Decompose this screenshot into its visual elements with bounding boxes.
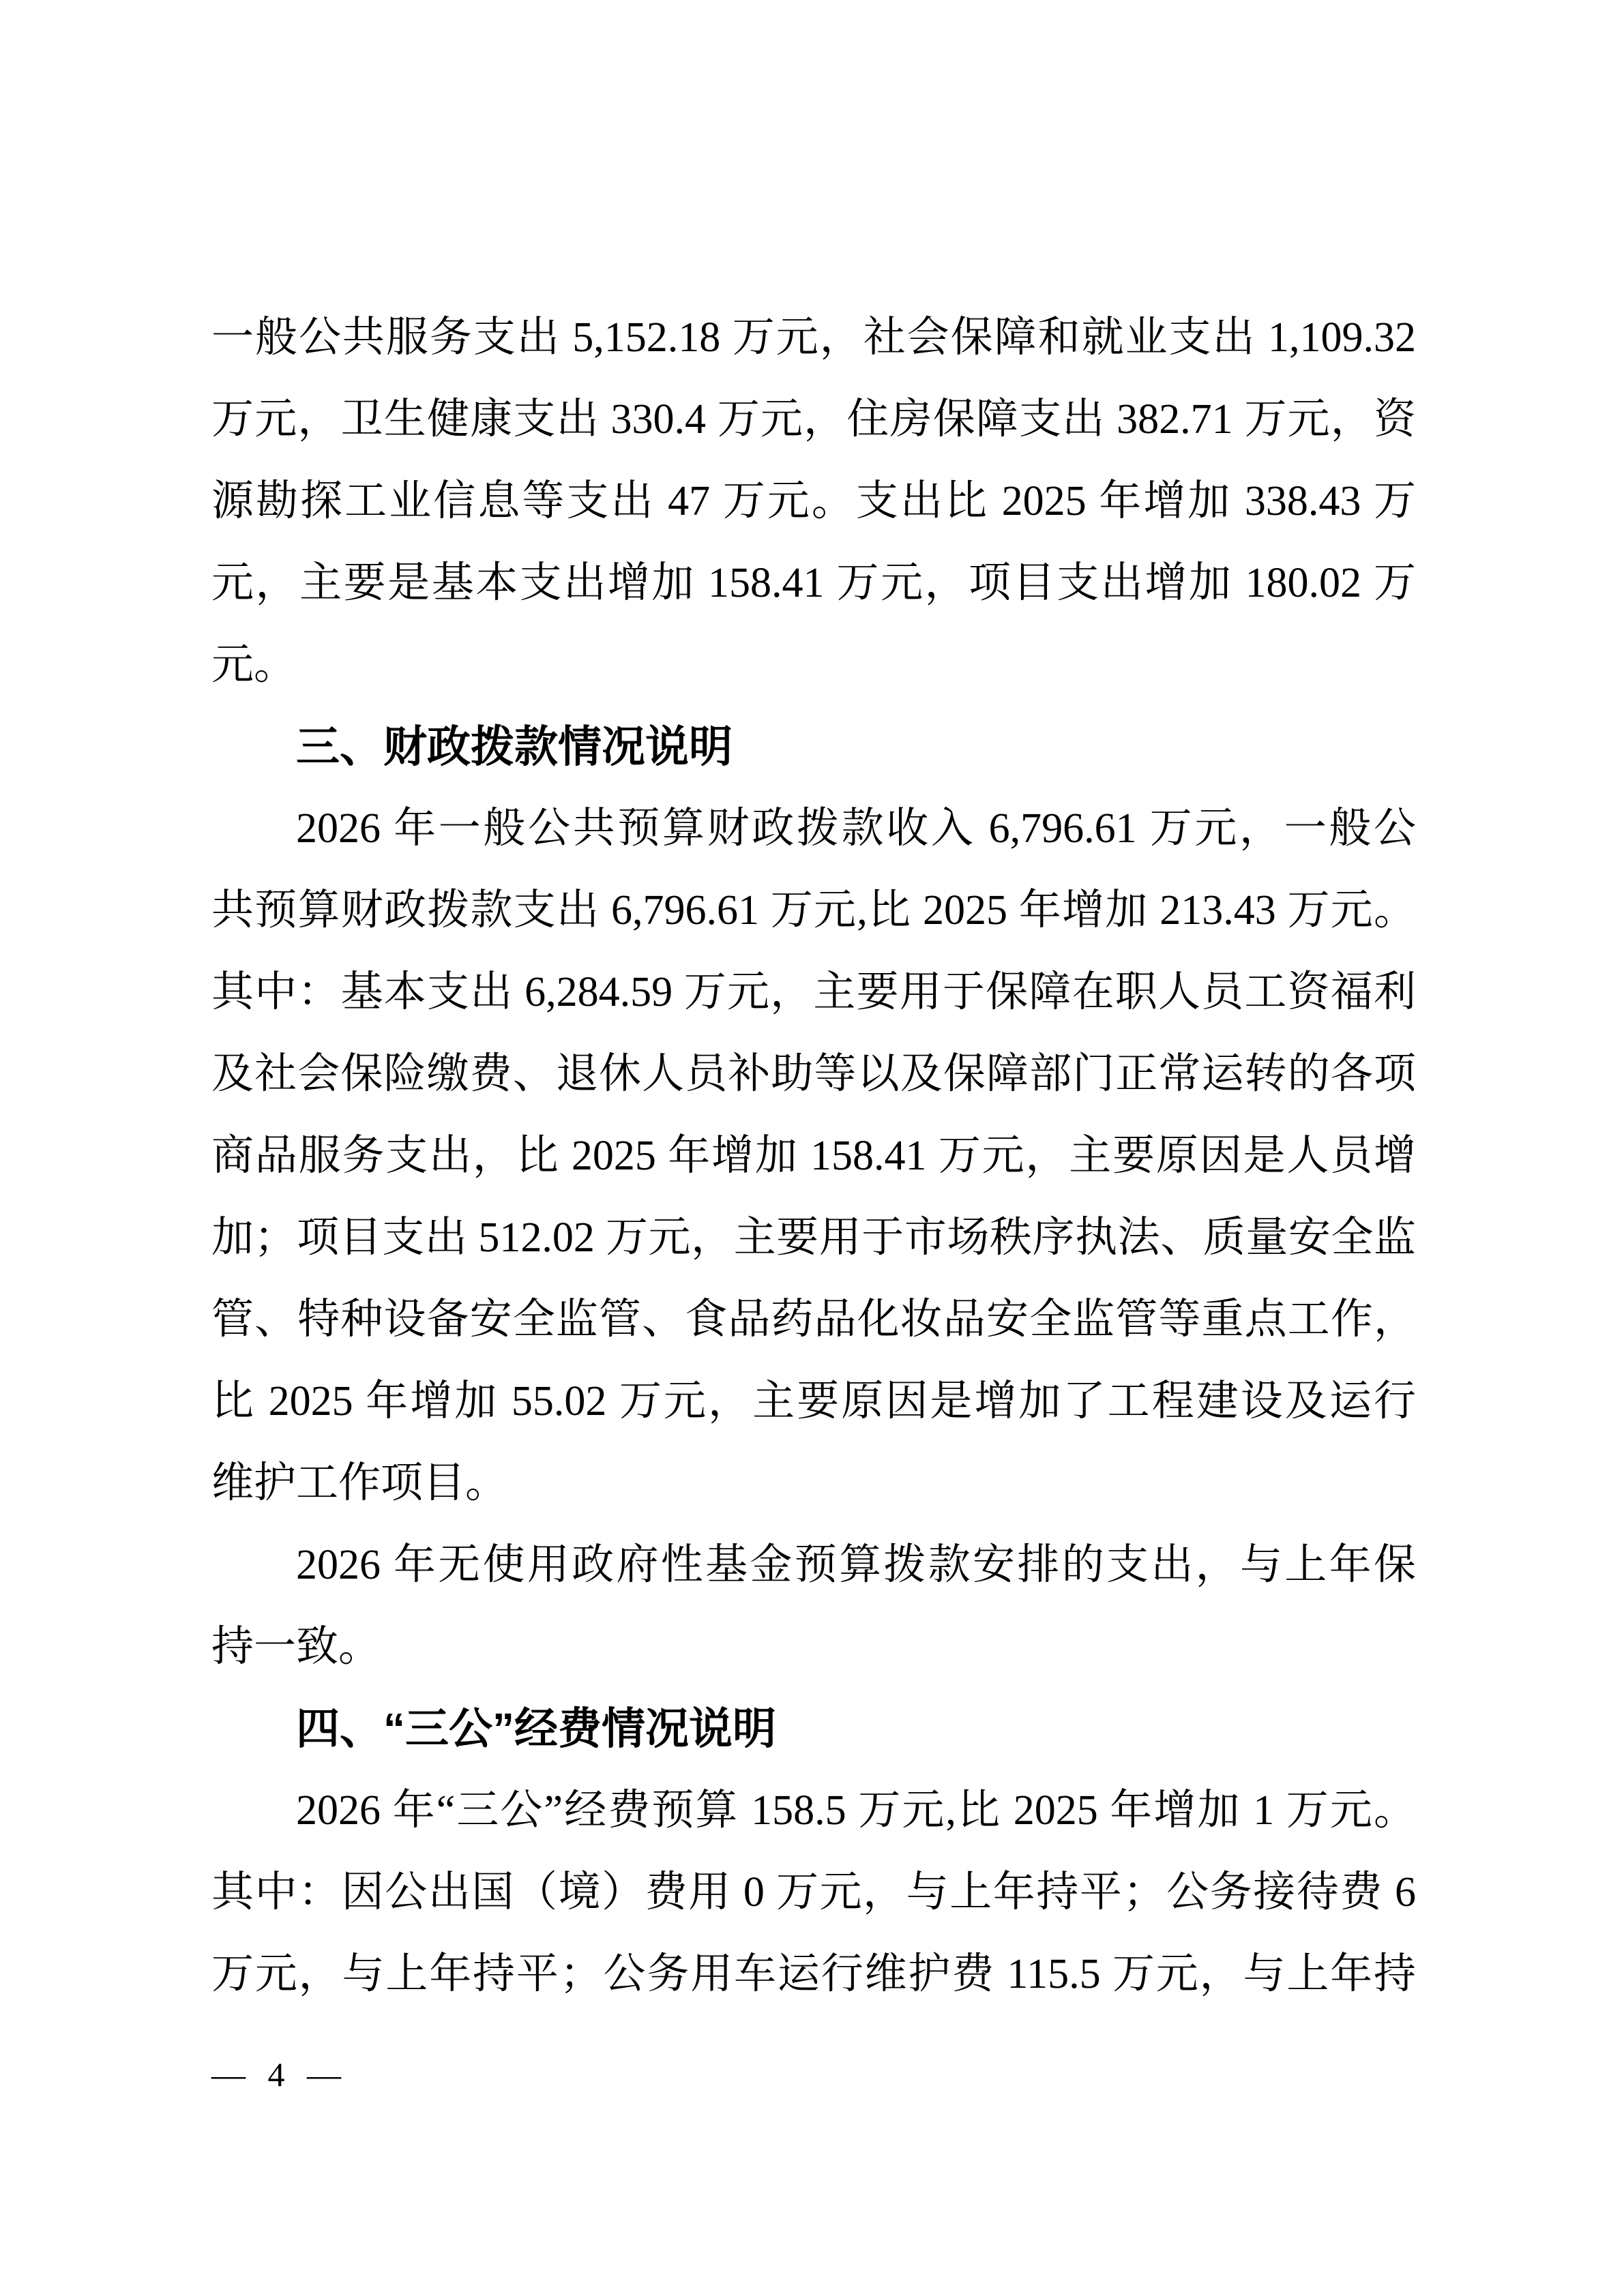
text-line: 比 2025 年增加 55.02 万元，主要原因是增加了工程建设及运行 <box>211 1360 1416 1442</box>
text-line: 万元，与上年持平；公务用车运行维护费 115.5 万元，与上年持 <box>211 1933 1416 2015</box>
page-footer: — 4 — <box>211 2054 348 2095</box>
text-line: 及社会保险缴费、退休人员补助等以及保障部门正常运转的各项 <box>211 1033 1416 1115</box>
text-line: 源勘探工业信息等支出 47 万元。支出比 2025 年增加 338.43 万 <box>211 460 1416 542</box>
paragraph: 2026 年无使用政府性基金预算拨款安排的支出，与上年保 持一致。 <box>211 1524 1416 1688</box>
section-heading: 四、“三公”经费情况说明 <box>211 1688 1416 1770</box>
text-line: 商品服务支出，比 2025 年增加 158.41 万元，主要原因是人员增 <box>211 1115 1416 1197</box>
text-line: 管、特种设备安全监管、食品药品化妆品安全监管等重点工作， <box>211 1279 1416 1360</box>
text-line: 万元，卫生健康支出 330.4 万元，住房保障支出 382.71 万元，资 <box>211 378 1416 460</box>
text-line: 元。 <box>211 624 1416 706</box>
document-page: 一般公共服务支出 5,152.18 万元，社会保障和就业支出 1,109.32 … <box>0 0 1624 2296</box>
paragraph: 一般公共服务支出 5,152.18 万元，社会保障和就业支出 1,109.32 … <box>211 297 1416 706</box>
text-line: 加；项目支出 512.02 万元，主要用于市场秩序执法、质量安全监 <box>211 1197 1416 1279</box>
text-line: 2026 年“三公”经费预算 158.5 万元,比 2025 年增加 1 万元。 <box>211 1770 1416 1851</box>
page-number: — 4 — <box>211 2055 348 2093</box>
section-heading: 三、财政拨款情况说明 <box>211 706 1416 788</box>
paragraph: 2026 年一般公共预算财政拨款收入 6,796.61 万元，一般公 共预算财政… <box>211 788 1416 1524</box>
paragraph: 2026 年“三公”经费预算 158.5 万元,比 2025 年增加 1 万元。… <box>211 1770 1416 2015</box>
text-line: 一般公共服务支出 5,152.18 万元，社会保障和就业支出 1,109.32 <box>211 297 1416 378</box>
page-body: 一般公共服务支出 5,152.18 万元，社会保障和就业支出 1,109.32 … <box>211 297 1416 2015</box>
text-line: 2026 年无使用政府性基金预算拨款安排的支出，与上年保 <box>211 1524 1416 1606</box>
text-line: 维护工作项目。 <box>211 1442 1416 1524</box>
text-line: 其中：基本支出 6,284.59 万元，主要用于保障在职人员工资福利 <box>211 951 1416 1033</box>
text-line: 共预算财政拨款支出 6,796.61 万元,比 2025 年增加 213.43 … <box>211 869 1416 951</box>
text-line: 其中：因公出国（境）费用 0 万元，与上年持平；公务接待费 6 <box>211 1851 1416 1933</box>
text-line: 2026 年一般公共预算财政拨款收入 6,796.61 万元，一般公 <box>211 788 1416 869</box>
text-line: 持一致。 <box>211 1606 1416 1688</box>
text-line: 元，主要是基本支出增加 158.41 万元，项目支出增加 180.02 万 <box>211 542 1416 624</box>
